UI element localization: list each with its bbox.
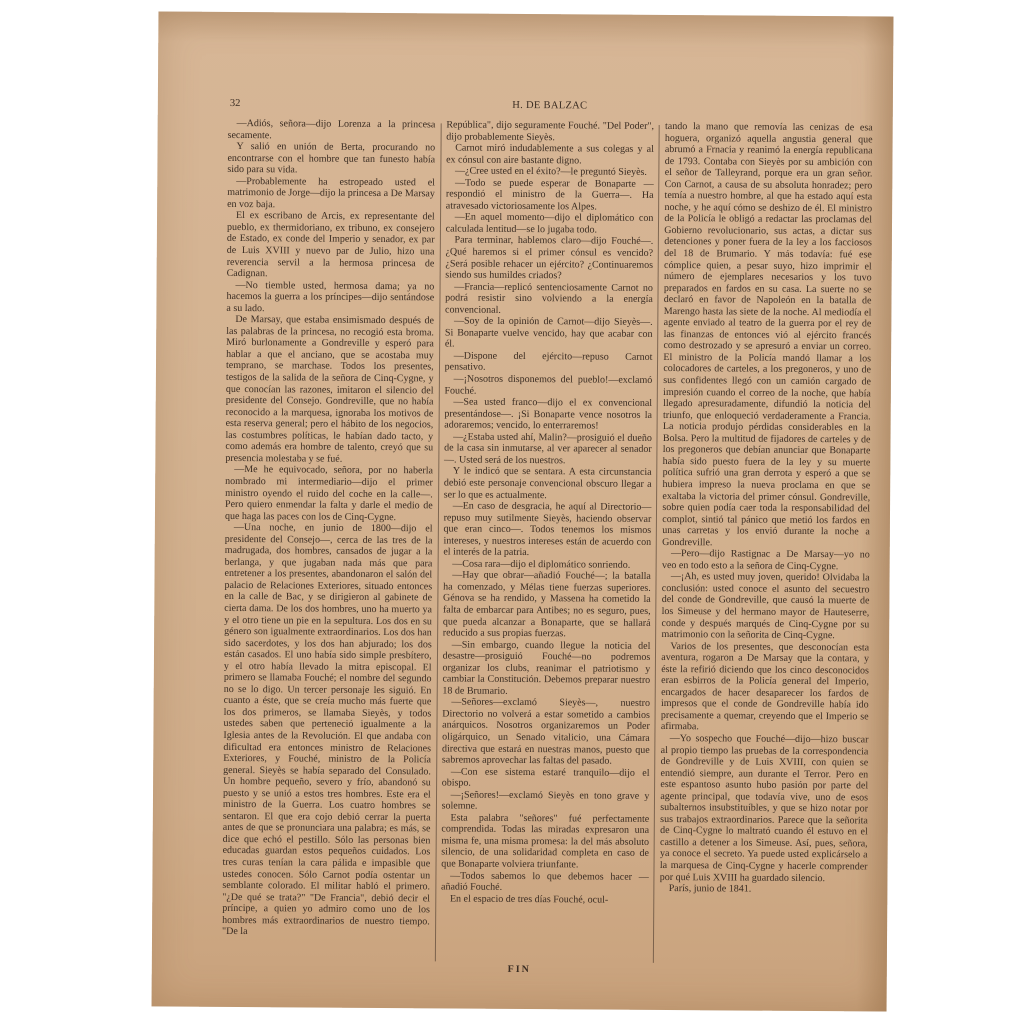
printed-page: 32 H. DE BALZAC —Adiós, señora—dijo Lore… [152, 11, 894, 1011]
column-right: tando la mano que removía las cenizas de… [659, 121, 873, 968]
paragraph: En el espacio de tres días Fouché, ocul- [441, 893, 649, 906]
text-columns: —Adiós, señora—dijo Lorenza a la princes… [222, 118, 873, 968]
paragraph: —Todo se puede esperar de Bonaparte —res… [446, 177, 654, 213]
page-header: 32 H. DE BALZAC [230, 98, 870, 116]
paragraph: El ex escribano de Arcis, ex representan… [227, 210, 435, 281]
paragraph: —Sin embargo, cuando llegue la noticia d… [442, 639, 650, 698]
column-middle: República", dijo seguramente Fouché. "De… [441, 119, 655, 966]
paragraph: —Dispone del ejército—repuso Carnot pens… [445, 350, 653, 375]
paragraph: —¿Estaba usted ahí, Malin?—prosiguió el … [444, 431, 652, 467]
paragraph: —Adiós, señora—dijo Lorenza a la princes… [228, 118, 436, 143]
paragraph: Esta palabra "señores" fué perfectamente… [441, 812, 649, 871]
paragraph: República", dijo seguramente Fouché. "De… [446, 119, 654, 144]
paragraph: —¡Nosotros disponemos del pueblo!—exclam… [444, 373, 652, 398]
paragraph: —¡Señores!—exclamó Sieyès en tono grave … [442, 789, 650, 814]
paragraph: Carnot miró indudablemente a sus colegas… [446, 143, 654, 168]
column-left: —Adiós, señora—dijo Lorenza a la princes… [222, 118, 436, 965]
paragraph: —Hay que obrar—añadió Fouché—; la batall… [443, 570, 651, 641]
paragraph: tando la mano que removía las cenizas de… [662, 121, 873, 550]
paragraph: —¡Ah, es usted muy joven, querido! Olvid… [661, 571, 869, 642]
paragraph: —Con ese sistema estaré tranquilo—dijo e… [442, 766, 650, 791]
paragraph: Y salió en unión de Berta, procurando no… [227, 141, 435, 177]
paragraph: —Pero—dijo Rastignac a De Marsay—yo no v… [662, 548, 870, 573]
paragraph: —Yo sospecho que Fouché—dijo—hizo buscar… [660, 733, 869, 885]
paragraph: —En caso de desgracia, he aquí al Direct… [443, 500, 651, 559]
column-rule [435, 123, 442, 961]
paragraph: —Soy de la opinión de Carnot—dijo Sieyès… [445, 316, 653, 352]
paragraph: —Sea usted franco—dijo el ex convenciona… [444, 397, 652, 433]
paragraph: Varios de los presentes, que desconocían… [661, 641, 869, 735]
paragraph: París, junio de 1841. [660, 883, 868, 896]
paragraph: —Todos sabemos lo que debemos hacer —aña… [441, 870, 649, 895]
column-rule [653, 125, 660, 963]
paragraph: Y le indicó que se sentara. A esta circu… [444, 466, 652, 502]
running-head-author: H. DE BALZAC [230, 98, 870, 113]
paragraph: —Francia—replicó sentenciosamente Carnot… [445, 281, 653, 317]
paragraph: —Señores—exclamó Sieyès—, nuestro Direct… [442, 697, 650, 768]
paragraph: Para terminar, hablemos claro—dijo Fouch… [445, 235, 653, 283]
paragraph: —Una noche, en junio de 1800—dijo el pre… [222, 522, 433, 939]
paragraph: —Me he equivocado, señora, por no haberl… [225, 464, 433, 523]
paragraph: —En aquel momento—dijo el diplomático co… [446, 212, 654, 237]
paragraph: —Probablemente ha estropeado usted el ma… [227, 176, 435, 212]
paragraph: —No tiemble usted, hermosa dama; ya no h… [226, 280, 434, 316]
paragraph: De Marsay, que estaba ensimismado despué… [225, 314, 434, 466]
